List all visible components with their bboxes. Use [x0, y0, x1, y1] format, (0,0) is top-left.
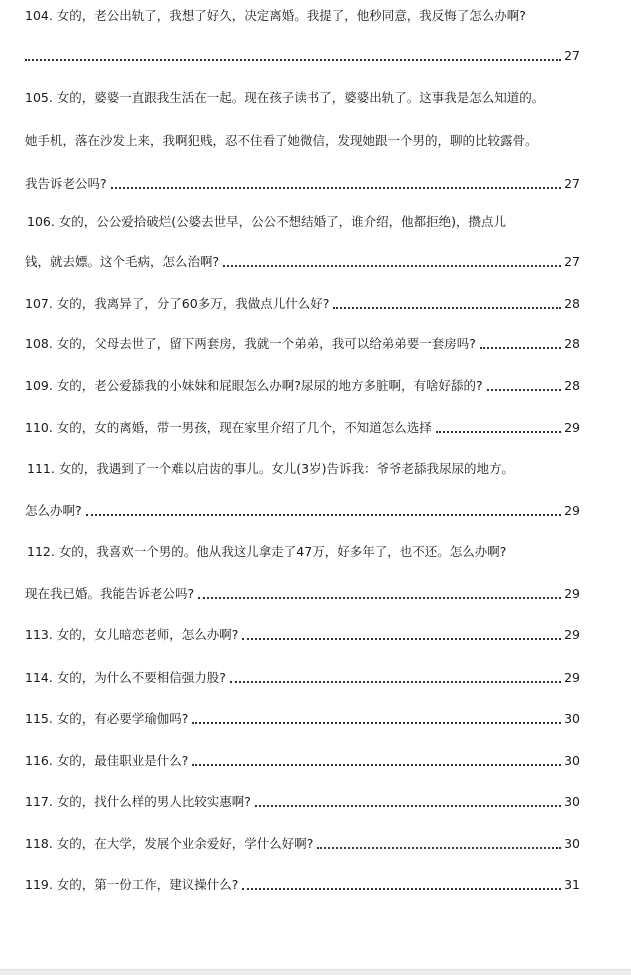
- toc-entry-text: 108. 女的，父母去世了，留下两套房，我就一个弟弟，我可以给弟弟要一套房吗?: [25, 334, 476, 354]
- toc-entry-105-line1[interactable]: 105. 女的，婆婆一直跟我生活在一起。现在孩子读书了，婆婆出轨了。这事我是怎么…: [25, 88, 580, 108]
- toc-entry-104-line2[interactable]: 27: [25, 46, 580, 66]
- toc-entry-109[interactable]: 109. 女的，老公爱舔我的小妹妹和屁眼怎么办啊?尿尿的地方多脏啊，有啥好舔的?…: [25, 376, 580, 396]
- toc-page-number: 30: [564, 709, 580, 729]
- toc-entry-111-line2[interactable]: 怎么办啊? 29: [25, 501, 580, 521]
- toc-entry-113[interactable]: 113. 女的，女儿暗恋老师，怎么办啊? 29: [25, 625, 580, 645]
- toc-entry-text: 119. 女的，第一份工作，建议操什么?: [25, 875, 238, 895]
- dot-leader: [242, 637, 561, 640]
- toc-page-number: 31: [564, 875, 580, 895]
- toc-page-number: 29: [564, 625, 580, 645]
- toc-page-number: 28: [564, 334, 580, 354]
- dot-leader: [317, 846, 561, 849]
- toc-entry-text: 107. 女的，我离异了，分了60多万，我做点儿什么好?: [25, 294, 329, 314]
- toc-page-number: 29: [564, 418, 580, 438]
- toc-entry-text: 110. 女的，女的离婚，带一男孩，现在家里介绍了几个，不知道怎么选择: [25, 418, 432, 438]
- toc-entry-118[interactable]: 118. 女的，在大学，发展个业余爱好，学什么好啊? 30: [25, 834, 580, 854]
- toc-entry-text: 104. 女的，老公出轨了，我想了好久，决定离婚。我提了，他秒同意，我反悔了怎么…: [25, 6, 526, 26]
- toc-entry-text: 113. 女的，女儿暗恋老师，怎么办啊?: [25, 625, 238, 645]
- toc-page-number: 28: [564, 294, 580, 314]
- toc-page-number: 27: [564, 174, 580, 194]
- toc-entry-116[interactable]: 116. 女的，最佳职业是什么? 30: [25, 751, 580, 771]
- page-bottom-edge: [0, 969, 631, 975]
- toc-entry-text: 我告诉老公吗?: [25, 174, 107, 194]
- toc-entry-text: 112. 女的，我喜欢一个男的。他从我这儿拿走了47万，好多年了，也不还。怎么办…: [27, 542, 506, 562]
- dot-leader: [192, 721, 561, 724]
- toc-entry-text: 116. 女的，最佳职业是什么?: [25, 751, 188, 771]
- toc-page-number: 30: [564, 834, 580, 854]
- toc-page-number: 30: [564, 792, 580, 812]
- toc-entry-text: 111. 女的，我遇到了一个难以启齿的事儿。女儿(3岁)告诉我：爷爷老舔我尿尿的…: [27, 459, 514, 479]
- toc-entry-105-line3[interactable]: 我告诉老公吗? 27: [25, 174, 580, 194]
- toc-entry-111-line1[interactable]: 111. 女的，我遇到了一个难以启齿的事儿。女儿(3岁)告诉我：爷爷老舔我尿尿的…: [27, 459, 582, 479]
- toc-entry-117[interactable]: 117. 女的，找什么样的男人比较实惠啊? 30: [25, 792, 580, 812]
- toc-entry-110[interactable]: 110. 女的，女的离婚，带一男孩，现在家里介绍了几个，不知道怎么选择 29: [25, 418, 580, 438]
- toc-entry-106-line1[interactable]: 106. 女的，公公爱拾破烂(公婆去世早，公公不想结婚了，谁介绍，他都拒绝)，攒…: [27, 212, 582, 232]
- toc-page-number: 29: [564, 584, 580, 604]
- toc-entry-text: 118. 女的，在大学，发展个业余爱好，学什么好啊?: [25, 834, 313, 854]
- toc-entry-text: 115. 女的，有必要学瑜伽吗?: [25, 709, 188, 729]
- toc-entry-114[interactable]: 114. 女的，为什么不要相信强力股? 29: [25, 668, 580, 688]
- toc-entry-text: 114. 女的，为什么不要相信强力股?: [25, 668, 226, 688]
- dot-leader: [86, 513, 561, 516]
- dot-leader: [333, 306, 561, 309]
- toc-entry-104-line1[interactable]: 104. 女的，老公出轨了，我想了好久，决定离婚。我提了，他秒同意，我反悔了怎么…: [25, 6, 580, 26]
- toc-entry-112-line1[interactable]: 112. 女的，我喜欢一个男的。他从我这儿拿走了47万，好多年了，也不还。怎么办…: [27, 542, 582, 562]
- dot-leader: [487, 388, 562, 391]
- toc-entry-106-line2[interactable]: 钱，就去嫖。这个毛病，怎么治啊? 27: [25, 252, 580, 272]
- toc-entry-115[interactable]: 115. 女的，有必要学瑜伽吗? 30: [25, 709, 580, 729]
- toc-entry-text: 她手机，落在沙发上来，我啊犯贱，忍不住看了她微信，发现她跟一个男的，聊的比较露骨…: [25, 131, 538, 151]
- toc-entry-119[interactable]: 119. 女的，第一份工作，建议操什么? 31: [25, 875, 580, 895]
- toc-page-number: 27: [564, 46, 580, 66]
- toc-entry-105-line2[interactable]: 她手机，落在沙发上来，我啊犯贱，忍不住看了她微信，发现她跟一个男的，聊的比较露骨…: [25, 131, 580, 151]
- dot-leader: [230, 680, 561, 683]
- toc-entry-text: 怎么办啊?: [25, 501, 82, 521]
- toc-entry-107[interactable]: 107. 女的，我离异了，分了60多万，我做点儿什么好? 28: [25, 294, 580, 314]
- toc-entry-text: 109. 女的，老公爱舔我的小妹妹和屁眼怎么办啊?尿尿的地方多脏啊，有啥好舔的?: [25, 376, 483, 396]
- dot-leader: [111, 186, 561, 189]
- toc-entry-text: 117. 女的，找什么样的男人比较实惠啊?: [25, 792, 251, 812]
- toc-page: 104. 女的，老公出轨了，我想了好久，决定离婚。我提了，他秒同意，我反悔了怎么…: [0, 0, 631, 969]
- dot-leader: [223, 264, 561, 267]
- toc-entry-108[interactable]: 108. 女的，父母去世了，留下两套房，我就一个弟弟，我可以给弟弟要一套房吗? …: [25, 334, 580, 354]
- toc-entry-text: 现在我已婚。我能告诉老公吗?: [25, 584, 194, 604]
- toc-page-number: 27: [564, 252, 580, 272]
- toc-page-number: 29: [564, 501, 580, 521]
- toc-page-number: 29: [564, 668, 580, 688]
- dot-leader: [436, 430, 561, 433]
- dot-leader: [480, 346, 561, 349]
- toc-entry-text: 钱，就去嫖。这个毛病，怎么治啊?: [25, 252, 219, 272]
- dot-leader: [242, 887, 561, 890]
- toc-entry-text: 105. 女的，婆婆一直跟我生活在一起。现在孩子读书了，婆婆出轨了。这事我是怎么…: [25, 88, 544, 108]
- dot-leader: [25, 58, 561, 61]
- toc-entry-text: 106. 女的，公公爱拾破烂(公婆去世早，公公不想结婚了，谁介绍，他都拒绝)，攒…: [27, 212, 506, 232]
- toc-entry-112-line2[interactable]: 现在我已婚。我能告诉老公吗? 29: [25, 584, 580, 604]
- toc-page-number: 30: [564, 751, 580, 771]
- toc-page-number: 28: [564, 376, 580, 396]
- dot-leader: [255, 804, 561, 807]
- dot-leader: [198, 596, 561, 599]
- dot-leader: [192, 763, 561, 766]
